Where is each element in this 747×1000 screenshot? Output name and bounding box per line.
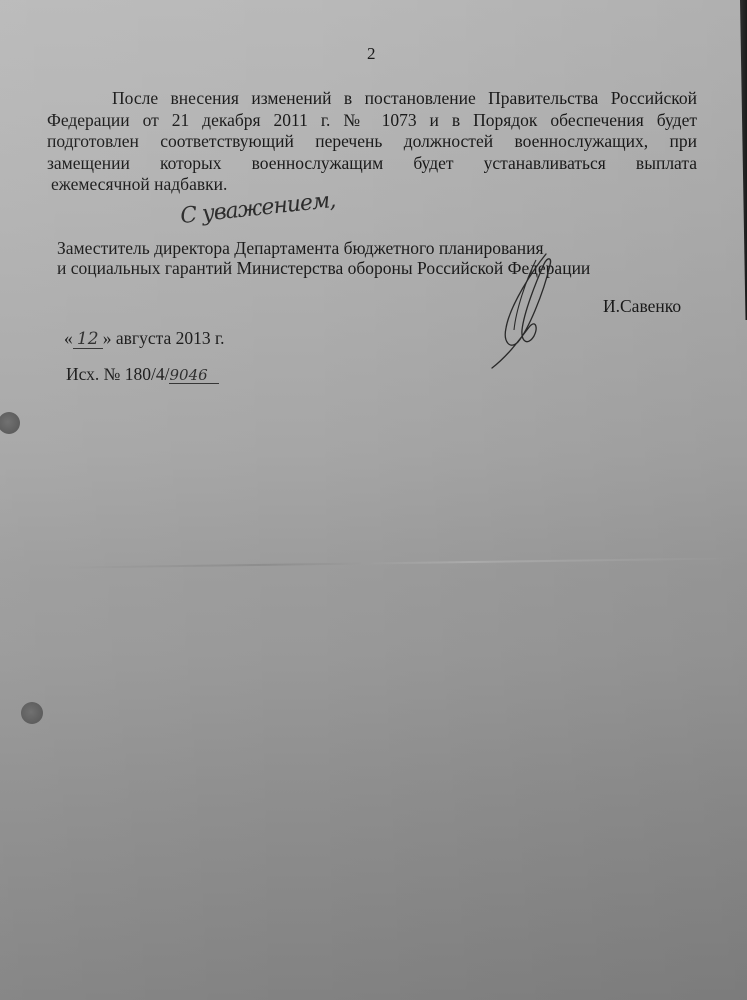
body-line: ежемесячной надбавки. [47, 174, 697, 196]
reference-prefix: Исх. № 180/4/ [66, 364, 169, 384]
date-open-quote: « [64, 328, 73, 348]
reference-number-handwritten: 9046 [169, 367, 219, 384]
date-day-handwritten: 12 [73, 331, 103, 349]
punch-hole-icon [21, 702, 43, 724]
paper-fold-line [60, 557, 740, 568]
page-number: 2 [367, 44, 376, 64]
page-edge-shadow [737, 0, 747, 320]
body-line: Федерации от 21 декабря 2011 г. № 1073 и… [47, 110, 697, 132]
body-paragraph: После внесения изменений в постановление… [47, 88, 697, 196]
body-line: подготовлен соответствующий перечень дол… [47, 131, 697, 153]
signature-icon [488, 250, 558, 370]
document-date: «12» августа 2013 г. [64, 328, 225, 349]
outgoing-reference: Исх. № 180/4/9046 [66, 364, 219, 385]
date-close-quote: » [103, 328, 112, 348]
signer-name: И.Савенко [603, 296, 681, 317]
punch-hole-icon [0, 412, 20, 434]
body-line: После внесения изменений в постановление… [47, 88, 697, 110]
date-month-year: августа 2013 г. [112, 328, 225, 348]
document-page: 2 После внесения изменений в постановлен… [0, 0, 747, 1000]
body-line: замещении которых военнослужащим будет у… [47, 153, 697, 175]
